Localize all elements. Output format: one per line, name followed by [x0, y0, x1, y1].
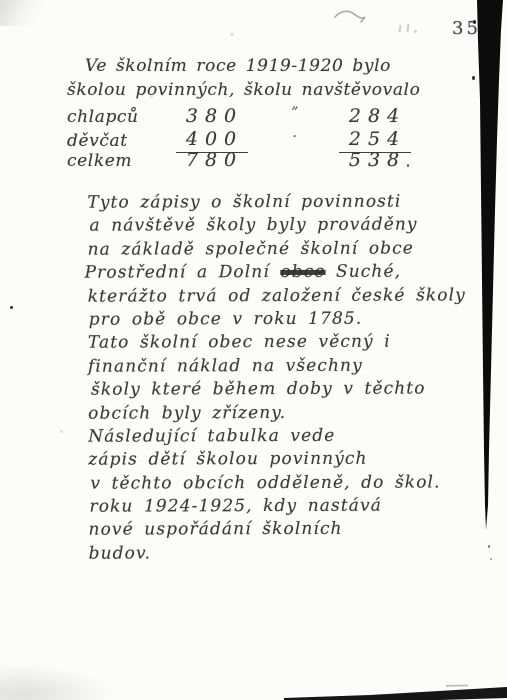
paragraph-line: a návštěvě školy byly prováděny: [89, 214, 465, 239]
paragraph-line-with-strikethrough: Prostřední a Dolní obce Suché,: [85, 261, 466, 286]
required-count: 380: [176, 105, 248, 130]
scan-speck: [488, 545, 490, 548]
paragraph-line: Následující tabulka vede: [88, 424, 466, 449]
summary-row-boys: chlapců 380 ” 284: [67, 102, 420, 126]
paragraph-line: obcích byly zřízeny.: [88, 401, 466, 426]
page-number: 35: [452, 18, 481, 39]
page-edge-shadow-bottom: [284, 687, 507, 700]
paragraph-line: nové uspořádání školních: [88, 518, 466, 543]
scan-speck: [320, 240, 322, 242]
enrollment-summary: Ve školním roce 1919-1920 bylo školou po…: [67, 55, 420, 173]
struck-word: obce: [280, 262, 325, 282]
ditto-mark: ·: [292, 126, 297, 154]
summary-heading-line: školou povinných, školu navštěvovalo: [67, 79, 420, 103]
paragraph-line: školy které během doby v těchto: [91, 377, 466, 402]
scanned-page: 35 Ve školním roce 1919-1920 bylo školou…: [0, 0, 507, 700]
binding-shadow-right: [477, 0, 503, 530]
paragraph-line: na základě společné školní obce: [88, 237, 466, 262]
scan-mark: [446, 685, 468, 687]
paragraph-line: kterážto trvá od založení české školy: [88, 284, 466, 309]
paragraph-line: zápis dětí školou povinných: [88, 448, 466, 473]
paragraph-line: pro obě obce v roku 1785.: [89, 307, 466, 332]
paragraph-line: v těchto obcích odděleně, do škol.: [90, 471, 466, 496]
paragraph-line: Tyto zápisy o školní povinnosti: [87, 190, 465, 215]
faded-stamp-mark: [407, 24, 410, 32]
attended-count: 538: [339, 149, 411, 174]
scan-speck: [407, 164, 409, 167]
paragraph-line: finanční náklad na všechny: [88, 354, 466, 379]
scan-smudge-bottom-left: [0, 664, 115, 700]
scan-speck: [472, 76, 475, 80]
chronicle-paragraph: Tyto zápisy o školní povinnosti a návště…: [87, 190, 466, 566]
scan-speck: [10, 306, 13, 309]
scan-smudge-top-left: [0, 0, 64, 26]
summary-row-total: celkem 780 538: [67, 149, 420, 173]
faded-stamp-mark: [399, 25, 402, 32]
line-text: Prostřední a Dolní: [85, 262, 281, 283]
summary-heading-line: Ve školním roce 1919-1920 bylo: [85, 55, 420, 79]
attended-count: 284: [339, 105, 411, 130]
faded-stamp-mark: [414, 30, 417, 33]
row-label: celkem: [67, 150, 169, 174]
scan-speck: [60, 430, 63, 433]
scan-speck: [473, 20, 476, 24]
pen-squiggle-mark: [335, 11, 365, 22]
scan-speck: [230, 33, 234, 36]
paragraph-line: Tato školní obec nese věcný i: [88, 331, 466, 356]
paragraph-line: roku 1924-1925, kdy nastává: [89, 494, 466, 519]
required-count: 780: [176, 149, 248, 174]
paragraph-line: budov.: [89, 541, 467, 566]
scan-speck: [490, 558, 492, 560]
summary-row-girls: děvčat 400 · 254: [67, 126, 420, 150]
line-text: Suché,: [325, 262, 401, 282]
scan-speck: [150, 95, 153, 98]
row-label: chlapců: [67, 106, 169, 130]
